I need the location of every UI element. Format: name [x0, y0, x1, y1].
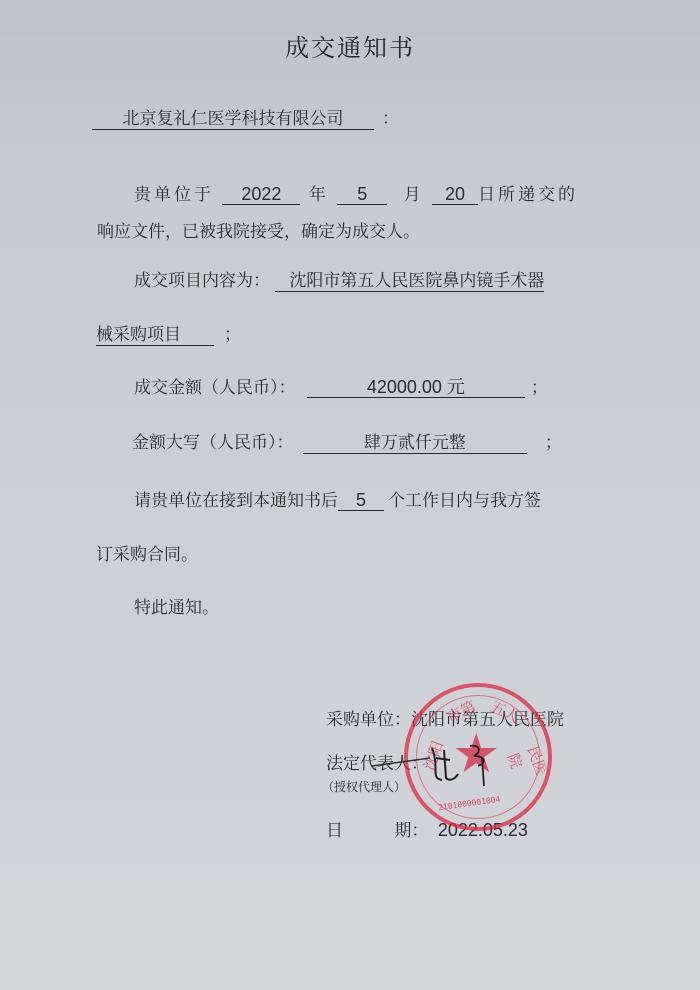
project-suffix: ； [224, 325, 241, 345]
month-label: 月 [404, 185, 424, 205]
handwritten-signature [370, 738, 510, 788]
project-name-part1: 沈阳市第五人民医院鼻内镜手术器 [275, 271, 544, 292]
amount-words-value: 肆万贰仟元整 [303, 433, 527, 454]
amount-value: 42000.00 元 [307, 377, 525, 398]
month-field: 5 [337, 184, 387, 205]
recipient-name: 北京复礼仁医学科技有限公司 [92, 109, 374, 130]
contract-line: 请贵单位在接到本通知书后5个工作日内与我方签 [134, 486, 541, 511]
document-page: 成交通知书 北京复礼仁医学科技有限公司： 贵单位于 2022 年 5 月 20日… [0, 0, 700, 990]
project-line: 成交项目内容为： 沈阳市第五人民医院鼻内镜手术器 [134, 266, 544, 292]
submission-suffix: 日所递交的 [478, 185, 578, 205]
amount-suffix: ； [531, 378, 548, 398]
amount-label: 成交金额（人民币）： [134, 378, 296, 398]
date-label-1: 日 [326, 821, 343, 841]
contract-prefix: 请贵单位在接到本通知书后 [134, 491, 338, 511]
amount-words-label: 金额大写（人民币）： [132, 433, 294, 453]
recipient-suffix: ： [382, 109, 399, 129]
amount-words-line: 金额大写（人民币）： 肆万贰仟元整； [132, 428, 562, 454]
acceptance-line: 响应文件，已被我院接受，确定为成交人。 [97, 217, 420, 242]
document-title: 成交通知书 [0, 28, 700, 63]
day-field: 20 [432, 184, 478, 205]
amount-words-suffix: ； [545, 433, 562, 453]
project-name-part2: 械采购项目 [96, 325, 214, 346]
contract-line-2: 订采购合同。 [96, 540, 198, 565]
amount-line: 成交金额（人民币）： 42000.00 元； [134, 373, 548, 398]
year-field: 2022 [222, 184, 300, 205]
purchaser-label: 采购单位： [326, 710, 411, 730]
project-line-2: 械采购项目； [96, 320, 241, 346]
contract-suffix: 个工作日内与我方签 [388, 491, 541, 511]
recipient-line: 北京复礼仁医学科技有限公司： [92, 104, 399, 130]
submission-prefix: 贵单位于 [134, 185, 214, 205]
contract-days: 5 [338, 490, 384, 511]
year-label: 年 [309, 185, 329, 205]
closing-text: 特此通知。 [134, 593, 219, 618]
date-label-2: 期： [394, 821, 428, 841]
submission-line: 贵单位于 2022 年 5 月 20日所递交的 [134, 180, 578, 205]
project-label: 成交项目内容为： [134, 271, 270, 291]
